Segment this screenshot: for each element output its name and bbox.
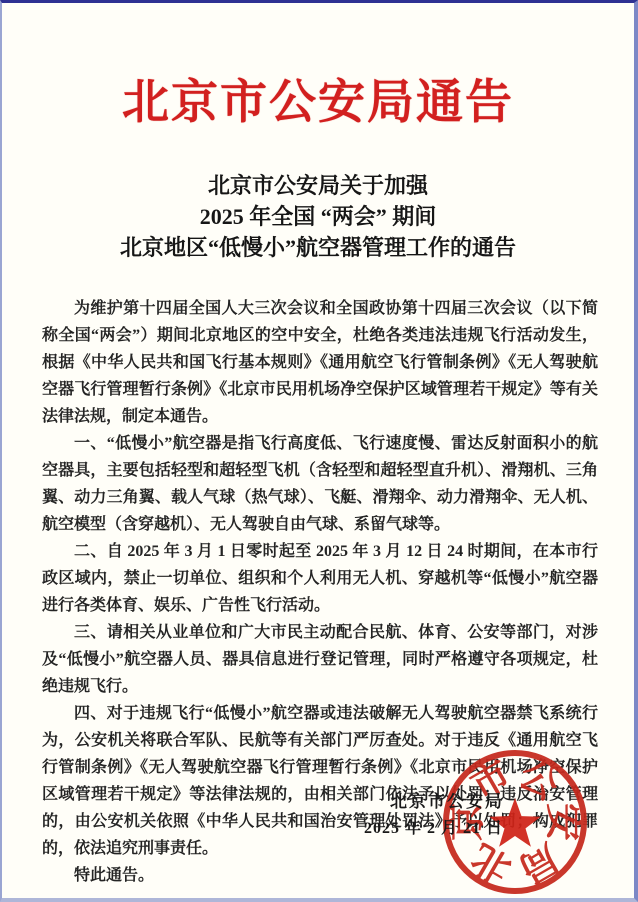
paragraph-item-1: 一、“低慢小”航空器是指飞行高度低、飞行速度慢、雷达反射面积小的航空器具，主要包… [42, 430, 598, 538]
subtitle-line-2: 2025 年全国 “两会” 期间 [2, 201, 634, 232]
seal-char: 公 [512, 753, 566, 808]
signature-org: 北京市公安局 [390, 787, 504, 812]
seal-char: 安 [541, 803, 583, 841]
paragraph-preamble: 为维护第十四届全国人大三次会议和全国政协第十四届三次会议（以下简称全国“两会”）… [42, 295, 598, 430]
paragraph-item-3: 三、请相关从业单位和广大市民主动配合民航、体育、公安等部门，对涉及“低慢小”航空… [42, 619, 598, 700]
notice-document: 北京市公安局通告 北京市公安局关于加强 2025 年全国 “两会” 期间 北京地… [0, 0, 638, 902]
subtitle-line-1: 北京市公安局关于加强 [2, 170, 634, 201]
seal-char: 局 [512, 835, 566, 890]
signature-date: 2025 年 2 月 21 日 [364, 815, 503, 838]
notice-title: 北京市公安局通告 [2, 65, 634, 132]
paragraph-item-2: 二、自 2025 年 3 月 1 日零时起至 2025 年 3 月 12 日 2… [42, 538, 598, 619]
notice-subtitle: 北京市公安局关于加强 2025 年全国 “两会” 期间 北京地区“低慢小”航空器… [2, 170, 634, 263]
seal-char: 北 [464, 835, 518, 890]
subtitle-line-3: 北京地区“低慢小”航空器管理工作的通告 [2, 232, 634, 263]
